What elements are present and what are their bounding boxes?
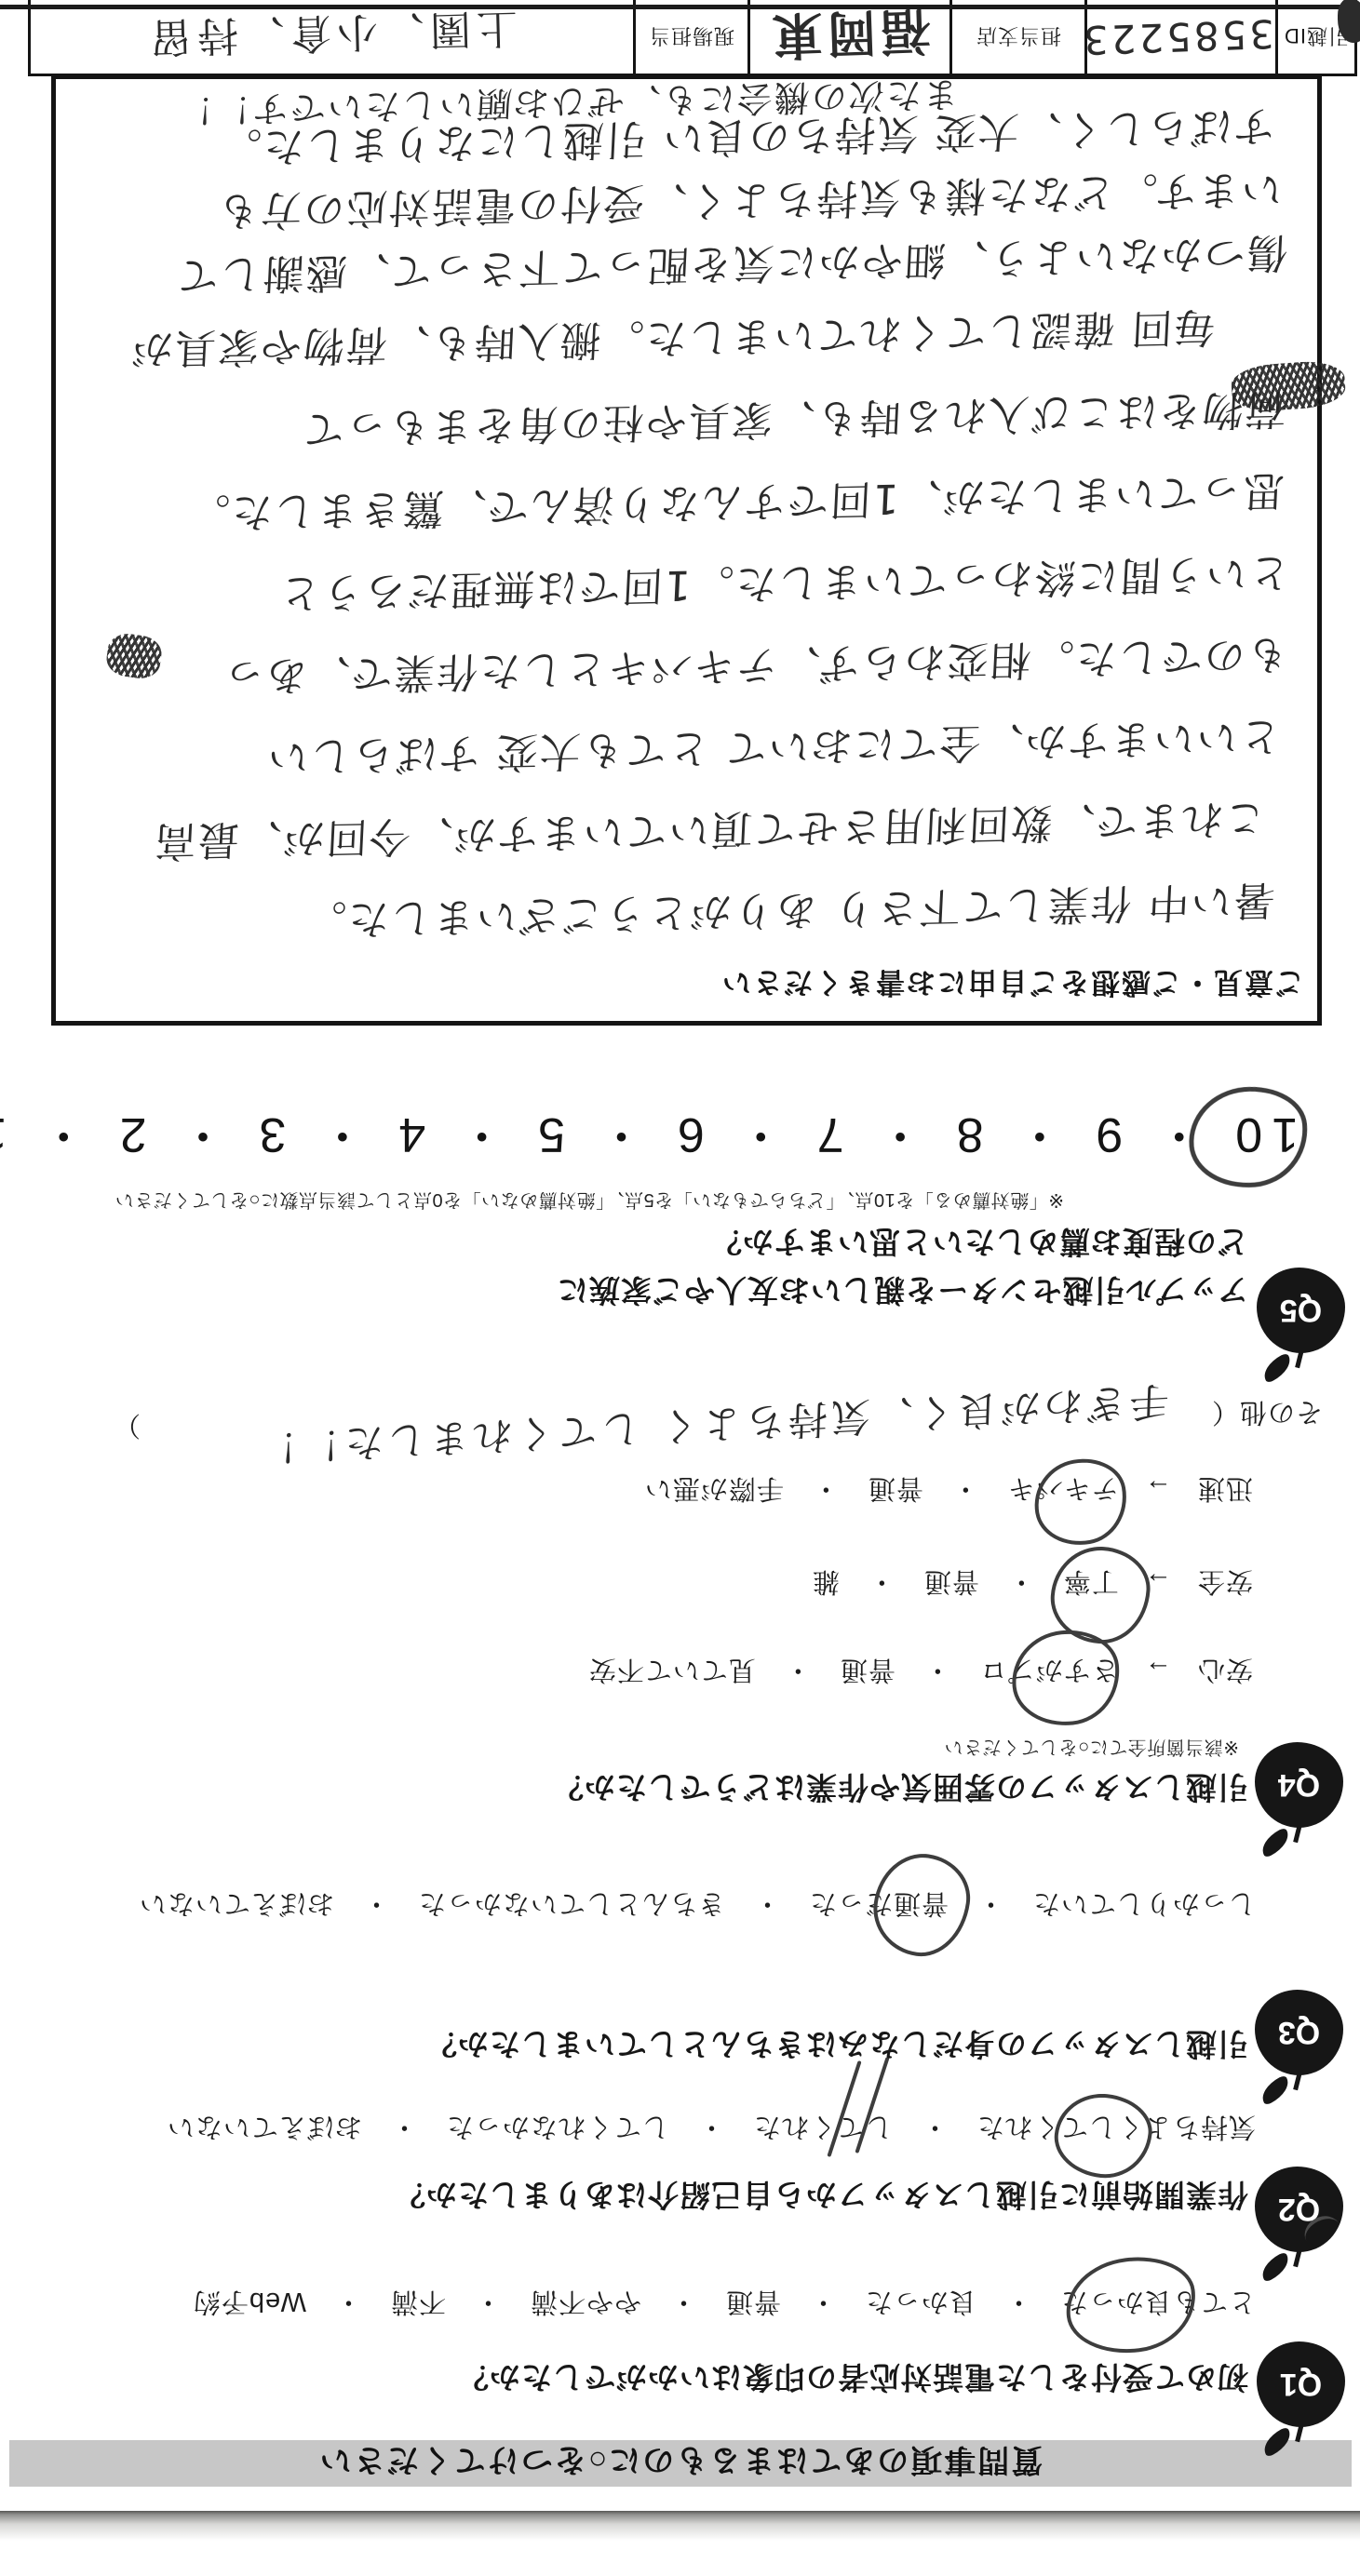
q4-jinsoku-pen-circle-mark [1028, 1452, 1134, 1552]
crew-names-value: 上園、小倉、持留 [30, 0, 635, 75]
q1-pen-circle-mark [1060, 2250, 1201, 2360]
banner-text: 質問事項のあてはまるものに○をつけてください [318, 2441, 1044, 2487]
q4-question: 引越しスタッフの雰囲気や作業はどうでしたか？ [552, 1767, 1248, 1811]
apple-leaf-icon [1259, 2426, 1295, 2458]
move-id-value: 3585223 [1086, 0, 1277, 75]
banner-title: 質問事項のあてはまるものに○をつけてください [9, 2440, 1352, 2487]
q4-row-anzen: 安全 → 丁寧 ・ 普通 ・ 雑 [812, 1564, 1253, 1603]
q4-other-handwriting: 手ぎわが良く、気持ちよく してくれました！！ [254, 1375, 1169, 1479]
apple-leaf-icon [1257, 1827, 1293, 1858]
footer-meta-table: 引越ID 3585223 担当支店 福岡東 現場担当 上園、小倉、持留 [28, 0, 1357, 76]
q1-question: 初めて受付をした電話対応者の印象はいかがでしたか？ [457, 2357, 1248, 2401]
q3-badge: Q3 [1255, 1990, 1343, 2075]
q4-row-label: 安心 [1197, 1655, 1253, 1684]
q5-note: ※「絶対薦める」を10点、「どちらでもない」を5点、「絶対薦めない」を0点として… [114, 1188, 1064, 1215]
comment-line: ものでした。相変わらず、テキパキとした作業で、あっ [221, 628, 1289, 710]
comment-line: 荷物をはこび入れる時も、家具や柱の角をまもって [300, 382, 1287, 463]
q3-pen-circle-mark [868, 1847, 976, 1962]
q5-question-line2: どの程度お薦めしたいと思いますか？ [710, 1222, 1248, 1266]
arrow-icon: → [1144, 1655, 1172, 1684]
scanned-survey-screenshot: 質問事項のあてはまるものに○をつけてください Q1 初めて受付をした電話対応者の… [0, 0, 1360, 2576]
comment-line: という間に終わっていました。1回では無理だろうと [276, 546, 1291, 627]
q4-other-label: その他（ [1211, 1395, 1323, 1433]
q5-pen-circle-10-mark [1185, 1082, 1313, 1193]
q3-question: 引越しスタッフの身だしなみはきちんとしていましたか？ [425, 2024, 1248, 2068]
comment-line: 暑い中 作業して下さり ありがとうございました。 [302, 874, 1276, 954]
q4-other-close-paren: ） [113, 1408, 141, 1446]
q4-badge: Q4 [1255, 1742, 1343, 1828]
q2-pen-circle-mark [1051, 2089, 1156, 2182]
comment-line: といいますか、全てにおいて とても大変 すばらしい [264, 710, 1282, 791]
q5-nps-scale: 10 ・ 9 ・ 8 ・ 7 ・ 6 ・ 5 ・ 4 ・ 3 ・ 2 ・ 1 ・… [0, 1105, 1299, 1174]
apple-leaf-icon [1257, 2251, 1293, 2283]
comment-line: 思っていましたが、1回ですんなり済んで、驚きました。 [185, 464, 1286, 547]
q3-options: しっかりしていた ・ 普通だった ・ きちんとしていなかった ・ おぼえていない [139, 1886, 1256, 1925]
comment-line: これまで、数回利用させて頂いていますが、今回が、最高 [152, 792, 1267, 875]
apple-leaf-icon [1259, 1352, 1295, 1384]
apple-leaf-icon [1257, 2074, 1293, 2106]
arrow-icon: → [1144, 1473, 1172, 1503]
branch-stamp-value: 福岡東 [749, 0, 951, 75]
q5-question-line1: アップル引越センターを親しいお友人やご家族に [557, 1270, 1248, 1314]
q4-row-jinsoku: 迅速 → テキパキ ・ 普通 ・ 手際が悪い [644, 1471, 1253, 1509]
comment-line: 毎回 確認してくれていました。搬入時も、荷物や家具が [128, 301, 1217, 382]
survey-sheet-rotated-180: 質問事項のあてはまるものに○をつけてください Q1 初めて受付をした電話対応者の… [0, 0, 1360, 2576]
paper-edge-line [0, 5, 1360, 9]
comment-box: ご意見・ご感想をご自由にお書きください 暑い中 作業して下さり ありがとうござい… [51, 74, 1322, 1026]
q4-row-label: 安全 [1197, 1566, 1253, 1596]
q4-row-label: 迅速 [1197, 1473, 1253, 1503]
crew-label: 現場担当 [635, 0, 749, 75]
q4-note: ※該当箇所全てに○をしてください [944, 1736, 1239, 1763]
q4-row-anshin: 安心 → さすがプロ ・ 普通 ・ 見ていて不安 [588, 1653, 1253, 1691]
paper-edge-shadow [0, 2511, 1360, 2541]
branch-label: 担当支店 [951, 0, 1086, 75]
q5-badge: Q5 [1257, 1268, 1345, 1353]
q2-question: 作業開始前に引越しスタッフから自己紹介はありましたか？ [394, 2175, 1248, 2219]
comment-box-header: ご意見・ご感想をご自由にお書きください [720, 964, 1304, 1006]
q1-badge: Q1 [1257, 2341, 1345, 2427]
